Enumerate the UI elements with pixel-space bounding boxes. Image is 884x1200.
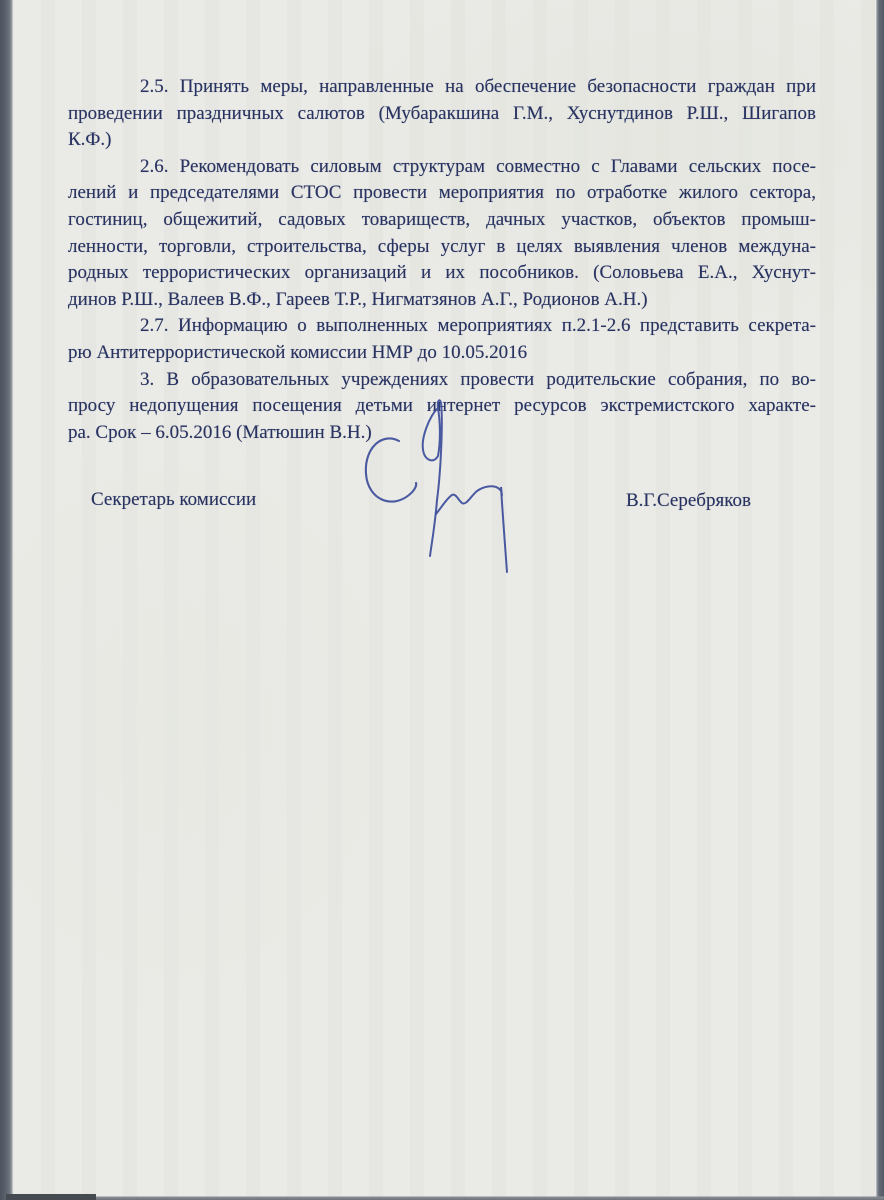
scan-edge-bottom-left xyxy=(6,1194,96,1200)
text-line: 2.6. Рекомендовать силовым структурам со… xyxy=(68,154,816,181)
text-line: родных террористических организаций и их… xyxy=(68,260,816,287)
signature-stroke xyxy=(366,438,416,501)
text-line: лений и председателями СТОС провести мер… xyxy=(68,180,816,207)
text-line: ленности, торговли, строительства, сферы… xyxy=(68,234,816,261)
signer-role-label: Секретарь комиссии xyxy=(91,488,256,512)
signature-stroke xyxy=(423,400,442,556)
text-line: рю Антитеррористической комиссии НМР до … xyxy=(68,340,816,367)
text-line: 2.7. Информацию о выполненных мероприяти… xyxy=(68,313,816,340)
scan-edge-left xyxy=(0,0,13,1200)
scan-edge-right xyxy=(876,0,884,1200)
scan-edge-bottom xyxy=(22,1196,884,1200)
text-line: 2.5. Принять меры, направленные на обесп… xyxy=(68,74,816,101)
scanned-document-page: 2.5. Принять меры, направленные на обесп… xyxy=(0,0,884,1200)
text-line: проведении праздничных салютов (Мубаракш… xyxy=(68,101,816,128)
handwritten-signature xyxy=(350,385,520,585)
text-line: К.Ф.) xyxy=(68,127,816,154)
text-line: гостиниц, общежитий, садовых товариществ… xyxy=(68,207,816,234)
signature-stroke xyxy=(436,486,507,572)
text-line: динов Р.Ш., Валеев В.Ф., Гареев Т.Р., Ни… xyxy=(68,287,816,314)
signer-name: В.Г.Серебряков xyxy=(626,489,751,513)
